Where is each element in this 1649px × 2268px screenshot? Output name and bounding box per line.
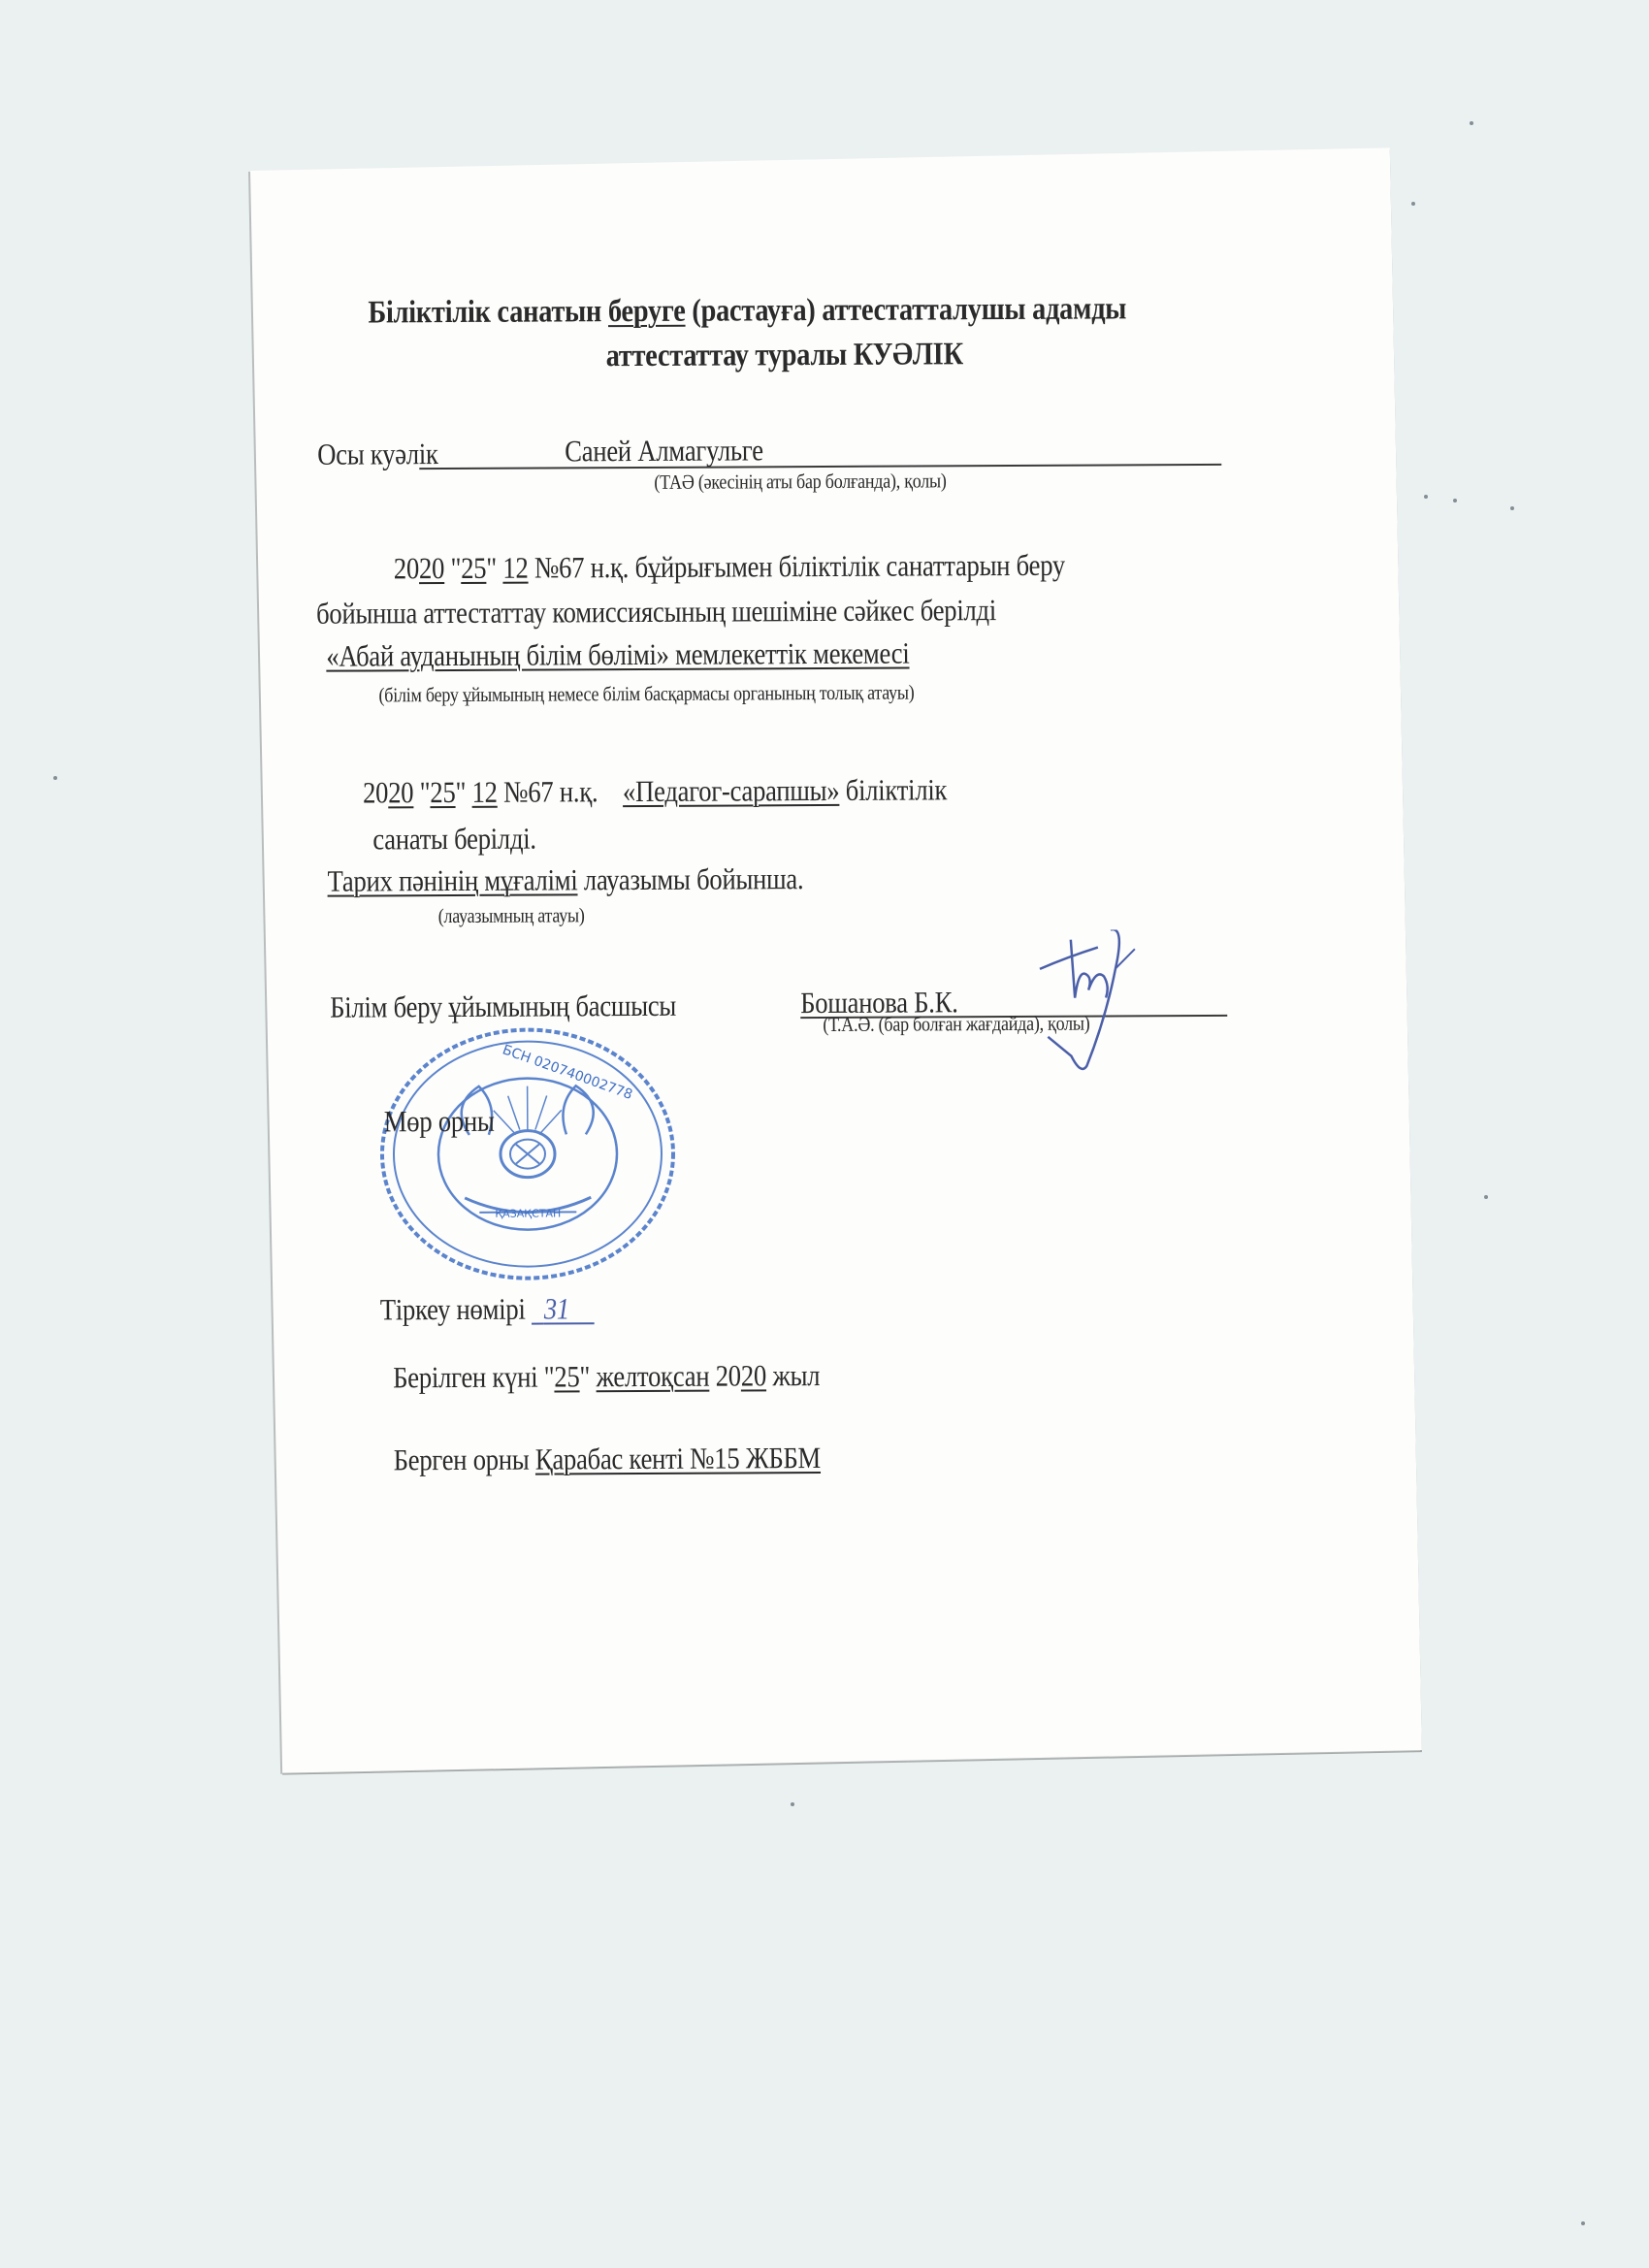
registration-line: Тіркеу нөмірі 31 xyxy=(380,1291,595,1327)
svg-text:ҚАЗАҚСТАН: ҚАЗАҚСТАН xyxy=(495,1207,561,1219)
document-title-line1: Біліктілік санатын беруге (растауға) атт… xyxy=(368,291,1126,331)
issuing-organization: «Абай ауданының білім бөлімі» мемлекетті… xyxy=(326,636,909,674)
document-title-line2: аттестаттау туралы КУӘЛІК xyxy=(606,337,963,374)
title-underlined-word: беруге xyxy=(608,294,686,329)
order1-line2: бойынша аттестаттау комиссиясының шешімі… xyxy=(316,593,996,632)
registration-number: 31 xyxy=(532,1291,595,1325)
order2-line1: 2020 "25" 12 №67 н.қ. «Педагог-сарапшы» … xyxy=(363,772,947,810)
signature-icon xyxy=(1028,929,1184,1076)
recipient-caption: (ТАӘ (әкесінің аты бар болғанда), қолы) xyxy=(654,469,946,495)
qualification-category: «Педагог-сарапшы» xyxy=(623,773,840,808)
order1-line1: 2020 "25" 12 №67 н.қ. бұйрығымен білікті… xyxy=(394,548,1065,587)
position-caption: (лауазымның атауы) xyxy=(438,903,585,928)
official-seal: ҚАЗАҚСТАН БСН 020740002778 xyxy=(372,1018,693,1283)
issue-date-line: Берілген күні "25" желтоқсан 2020 жыл xyxy=(393,1358,820,1395)
order2-line2: санаты берілді. xyxy=(372,822,536,858)
organization-caption: (білім беру ұйымының немесе білім басқар… xyxy=(378,681,914,708)
recipient-name: Саней Алмагульге xyxy=(565,433,763,469)
seal-place-label: Мөр орны xyxy=(384,1104,495,1140)
issue-place-value: Қарабас кенті №15 ЖББМ xyxy=(535,1441,821,1476)
certificate-content: Біліктілік санатын беруге (растауға) атт… xyxy=(0,0,1649,2268)
svg-text:БСН 020740002778: БСН 020740002778 xyxy=(501,1042,634,1103)
position-line: Тарих пәнінің мұғалімі лауазымы бойынша. xyxy=(327,861,803,899)
position-title: Тарих пәнінің мұғалімі xyxy=(327,862,577,897)
issue-place-line: Берген орны Қарабас кенті №15 ЖББМ xyxy=(394,1441,822,1477)
